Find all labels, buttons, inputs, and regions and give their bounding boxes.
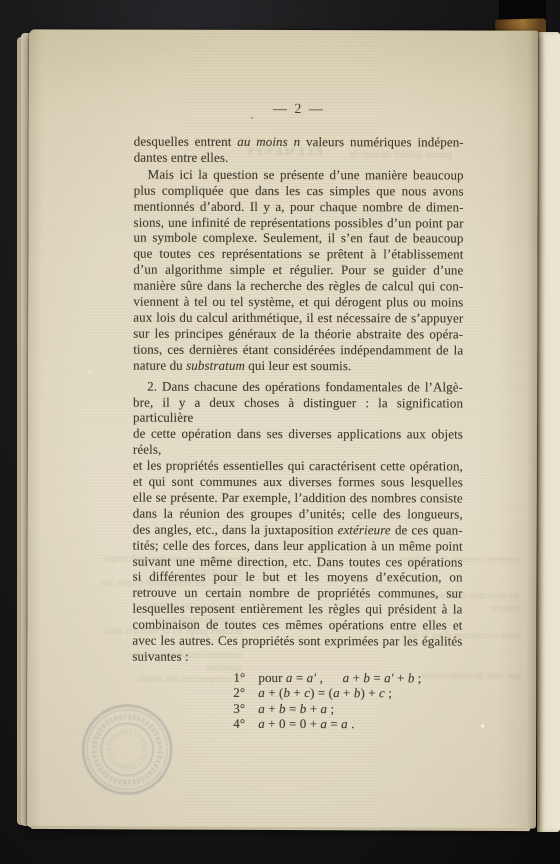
formula-list: 1°pour a = a′ , a + b = a′ + b ;2°a + (b… (132, 670, 462, 732)
text-line: combinaison de toutes ces mêmes opératio… (132, 617, 462, 634)
text-line: desquelles entrent au moins n valeurs nu… (134, 134, 464, 151)
text-block: desquelles entrent au moins n valeurs nu… (132, 134, 464, 732)
formula-expression: a + 0 = 0 + a = a . (258, 716, 354, 732)
facing-page-edge (537, 32, 560, 832)
formula-number: 1° (233, 670, 258, 685)
text-line: avec les autres. Ces propriétés sont exp… (132, 633, 462, 650)
text-line: 2. Dans chacune des opérations fondament… (133, 378, 463, 395)
text-line: plus compliquée que dans les cas simples… (134, 182, 464, 199)
text-line: sur les principes généraux de la théorie… (133, 325, 463, 342)
text-line: sions, une infinité de représentations p… (134, 214, 464, 231)
dust-speck (88, 370, 91, 372)
dust-speck (481, 725, 484, 728)
text-line: un symbole complexe. Seulement, il s’en … (133, 230, 463, 247)
formula-line: 3°a + b = b + a ; (233, 701, 462, 717)
formula-expression: a + (b + c) = (a + b) + c ; (258, 685, 392, 701)
text-line: que toutes ces représentations se prêten… (133, 246, 463, 263)
formula-line: 4°a + 0 = 0 + a = a . (233, 716, 462, 732)
text-line: bre, il y a deux choses à distinguer : l… (133, 394, 463, 427)
text-line: Mais ici la question se présente d’une m… (134, 166, 464, 183)
text-line: mentionnés d’abord. Il y a, pour chaque … (134, 198, 464, 215)
text-line: des angles, etc., dans la juxtaposition … (133, 521, 463, 538)
text-line: aux lois du calcul arithmétique, il est … (133, 310, 463, 327)
paragraph: desquelles entrent au moins n valeurs nu… (134, 134, 464, 167)
formula-number: 4° (233, 716, 258, 731)
text-line: suivant une même direction, etc. Dans to… (133, 553, 463, 570)
text-line: de cette opération dans ses diverses app… (133, 426, 463, 459)
formula-line: 1°pour a = a′ , a + b = a′ + b ; (233, 670, 462, 686)
formula-expression: pour a = a′ , a + b = a′ + b ; (258, 670, 421, 686)
formula-number: 3° (233, 701, 258, 716)
text-line: dans la réunion des groupes d’unités; ce… (133, 505, 463, 522)
text-line: suivantes : (132, 649, 462, 666)
book-page: ÉLÉMENTSpourra appeler du nom defonction… (27, 29, 538, 828)
page-deckle-edge (31, 826, 530, 831)
text-line: viennent à tel ou tel système, et qui dé… (133, 294, 463, 311)
bleedthrough-layer: ÉLÉMENTSpourra appeler du nom defonction… (29, 29, 538, 30)
paragraph: 2. Dans chacune des opérations fondament… (132, 378, 463, 665)
formula-number: 2° (233, 685, 258, 700)
text-line: tités; celle des forces, dans leur appli… (133, 537, 463, 554)
scanned-book-photo: ÉLÉMENTSpourra appeler du nom defonction… (0, 0, 560, 864)
formula-line: 2°a + (b + c) = (a + b) + c ; (233, 685, 462, 701)
formula-expression: a + b = b + a ; (258, 701, 334, 717)
text-line: dantes entre elles. (134, 150, 464, 167)
text-line: et qui sont communes aux diverses formes… (133, 474, 463, 491)
text-line: manière sûre dans la recherche des règle… (133, 278, 463, 295)
text-line: nature du substratum qui leur est soumis… (133, 357, 463, 374)
text-line: d’un algorithme simple et régulier. Pour… (133, 262, 463, 279)
text-line: et les propriétés essentielles qui carac… (133, 458, 463, 475)
text-line: si différentes pour le but et les moyens… (133, 569, 463, 586)
paragraph: Mais ici la question se présente d’une m… (133, 166, 464, 374)
text-line: elle se présente. Par exemple, l’additio… (133, 490, 463, 507)
text-line: retrouve un certain nombre de propriétés… (133, 585, 463, 602)
page-number: — 2 — (134, 102, 464, 119)
text-line: tions, ces dernières étant considérées i… (133, 341, 463, 358)
text-line: lesquelles reposent entièrement les règl… (133, 601, 463, 618)
